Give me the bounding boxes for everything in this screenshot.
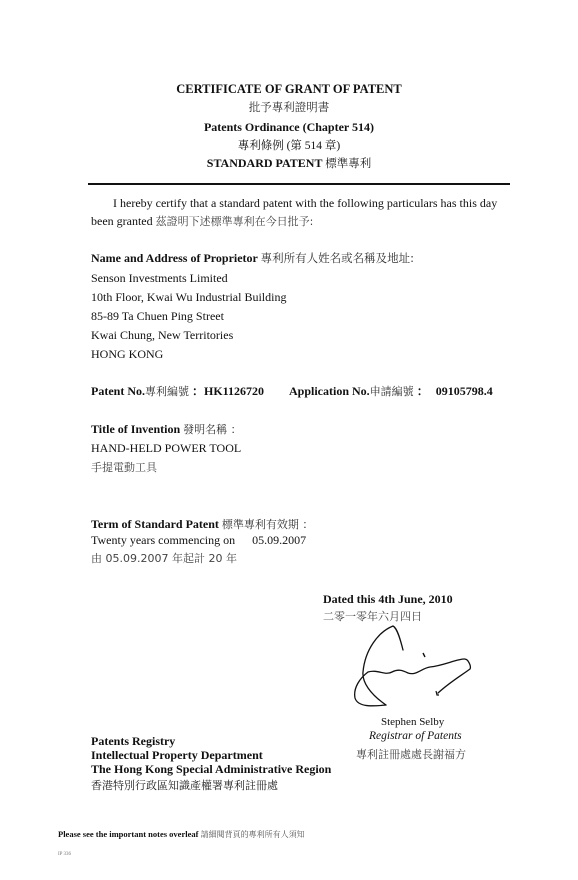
invention-title-zh: 手提電動工具 [91, 459, 157, 475]
patent-type-en: STANDARD PATENT [207, 156, 322, 170]
application-number: Application No.申請編號 ： 09105798.4 [289, 382, 493, 399]
application-number-value: 09105798.4 [436, 384, 493, 398]
issuer-line: Intellectual Property Department [91, 748, 263, 763]
footer-note-zh: 請細閱背頁的專利所有人須知 [201, 830, 305, 839]
registrar-title-zh: 專利註冊處處長謝福方 [356, 746, 466, 762]
certification-granted-en: been granted [91, 214, 153, 228]
issuer-line: Patents Registry [91, 734, 175, 749]
issuer-zh: 香港特別行政區知識產權署專利註冊處 [91, 777, 278, 793]
proprietor-address-line: 10th Floor, Kwai Wu Industrial Building [91, 290, 286, 305]
certificate-title-zh: 批予專利證明書 [0, 99, 578, 115]
proprietor-label: Name and Address of Proprietor 專利所有人姓名或名… [91, 250, 414, 266]
registrar-name: Stephen Selby [381, 716, 444, 728]
certification-line-1: I hereby certify that a standard patent … [113, 196, 497, 211]
term-line: Twenty years commencing on 05.09.2007 [91, 533, 306, 548]
invention-label: Title of Invention 發明名稱 ： [91, 421, 242, 437]
proprietor-label-zh: 專利所有人姓名或名稱及地址: [261, 251, 414, 265]
certification-line-2: been granted 茲證明下述標準專利在今日批予: [91, 213, 313, 229]
patent-number-label: Patent No. [91, 384, 145, 398]
dated-line: Dated this 4th June, 2010 [323, 592, 453, 607]
invention-label-en: Title of Invention [91, 422, 180, 436]
registrar-signature [340, 620, 510, 720]
term-line-zh: 由 05.09.2007 年起計 20 年 [91, 550, 237, 566]
issuer-line: The Hong Kong Special Administrative Reg… [91, 762, 331, 777]
invention-label-zh: 發明名稱 ： [183, 423, 242, 436]
proprietor-label-en: Name and Address of Proprietor [91, 251, 258, 265]
term-label: Term of Standard Patent 標準專利有效期 ： [91, 516, 313, 532]
term-start-date: 05.09.2007 [252, 533, 306, 547]
registrar-title: Registrar of Patents [369, 730, 462, 742]
ordinance-title-zh: 專利條例 (第 514 章) [0, 137, 578, 153]
certificate-title: CERTIFICATE OF GRANT OF PATENT [0, 82, 578, 97]
term-prefix: Twenty years commencing on [91, 533, 235, 547]
patent-number-separator: ： [192, 384, 204, 398]
patent-type-zh: 標準專利 [325, 156, 371, 170]
form-code: IP 336 [58, 852, 71, 857]
proprietor-address-line: Kwai Chung, New Territories [91, 328, 233, 343]
patent-number: Patent No.專利編號 ：HK1126720 [91, 382, 264, 399]
term-label-en: Term of Standard Patent [91, 517, 219, 531]
proprietor-address-line: 85-89 Ta Chuen Ping Street [91, 309, 224, 324]
term-label-zh: 標準專利有效期 ： [222, 518, 314, 531]
patent-number-label-zh: 專利編號 [145, 385, 189, 398]
certification-granted-zh: 茲證明下述標準專利在今日批予: [156, 215, 314, 228]
application-number-label: Application No. [289, 384, 370, 398]
invention-title: HAND-HELD POWER TOOL [91, 441, 241, 456]
ordinance-title: Patents Ordinance (Chapter 514) [0, 120, 578, 135]
footer-note: Please see the important notes overleaf … [58, 829, 305, 840]
footer-note-en: Please see the important notes overleaf [58, 829, 198, 839]
patent-type: STANDARD PATENT 標準專利 [0, 155, 578, 171]
application-number-separator: ： [417, 384, 429, 398]
application-number-label-zh: 申請編號 [370, 385, 414, 398]
header-divider [88, 183, 510, 185]
proprietor-address-line: Senson Investments Limited [91, 271, 228, 286]
proprietor-address-line: HONG KONG [91, 347, 163, 362]
patent-number-value: HK1126720 [204, 384, 264, 398]
